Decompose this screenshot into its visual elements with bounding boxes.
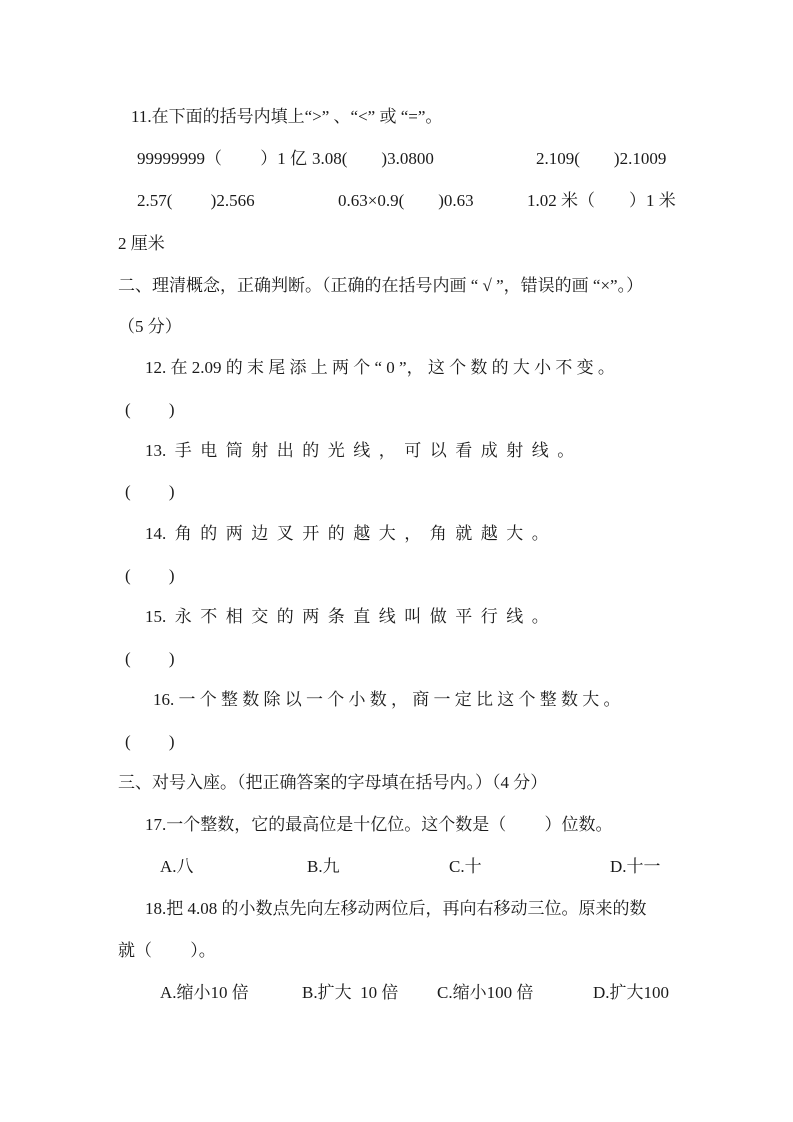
q11-item-3: 2.109( )2.1009 — [536, 148, 666, 170]
q12-text: 12. 在 2.09 的 末 尾 添 上 两 个 “ 0 ”， 这 个 数 的 … — [145, 357, 615, 379]
q18-text: 18.把 4.08 的小数点先向左移动两位后，再向右移动三位。原来的数 — [145, 898, 647, 920]
q17-option-b: B.九 — [307, 856, 340, 878]
q13-text: 13. 手 电 筒 射 出 的 光 线 ， 可 以 看 成 射 线 。 — [145, 440, 574, 462]
q15-text: 15. 永 不 相 交 的 两 条 直 线 叫 做 平 行 线 。 — [145, 606, 549, 628]
section-2-score: （5 分） — [118, 316, 182, 338]
q18-option-c: C.缩小100 倍 — [437, 982, 533, 1004]
q11-item-1: 99999999（ ）1 亿 — [137, 148, 307, 170]
q18-text-cont: 就（ ）。 — [118, 940, 216, 962]
q11-item-5: 0.63×0.9( )0.63 — [338, 190, 474, 212]
q14-answer-blank[interactable]: ( ) — [125, 565, 175, 587]
section-3-heading: 三、对号入座。（把正确答案的字母填在括号内。）（4 分） — [118, 772, 547, 794]
q18-option-a: A.缩小10 倍 — [160, 982, 249, 1004]
q15-answer-blank[interactable]: ( ) — [125, 648, 175, 670]
q18-option-b: B.扩大 10 倍 — [302, 982, 398, 1004]
q11-title: 11.在下面的括号内填上“>” 、“<” 或 “=”。 — [131, 106, 442, 128]
q14-text: 14. 角 的 两 边 叉 开 的 越 大 ， 角 就 越 大 。 — [145, 523, 549, 545]
q18-option-d: D.扩大100 — [593, 982, 669, 1004]
q11-item-6-cont: 2 厘米 — [118, 233, 165, 255]
q17-option-a: A.八 — [160, 856, 194, 878]
q17-text: 17.一个整数，它的最高位是十亿位。这个数是（ ）位数。 — [145, 814, 613, 836]
q13-answer-blank[interactable]: ( ) — [125, 481, 175, 503]
q11-item-4: 2.57( )2.566 — [137, 190, 255, 212]
q17-option-d: D.十一 — [610, 856, 661, 878]
q16-answer-blank[interactable]: ( ) — [125, 731, 175, 753]
q16-text: 16. 一 个 整 数 除 以 一 个 小 数 ， 商 一 定 比 这 个 整 … — [153, 689, 621, 711]
q11-item-2: 3.08( )3.0800 — [312, 148, 434, 170]
q11-item-6: 1.02 米（ ）1 米 — [527, 190, 676, 212]
q17-option-c: C.十 — [449, 856, 482, 878]
q12-answer-blank[interactable]: ( ) — [125, 399, 175, 421]
section-2-heading: 二、理清概念，正确判断。（正确的在括号内画 “ √ ”，错误的画 “×”。） — [118, 275, 643, 297]
